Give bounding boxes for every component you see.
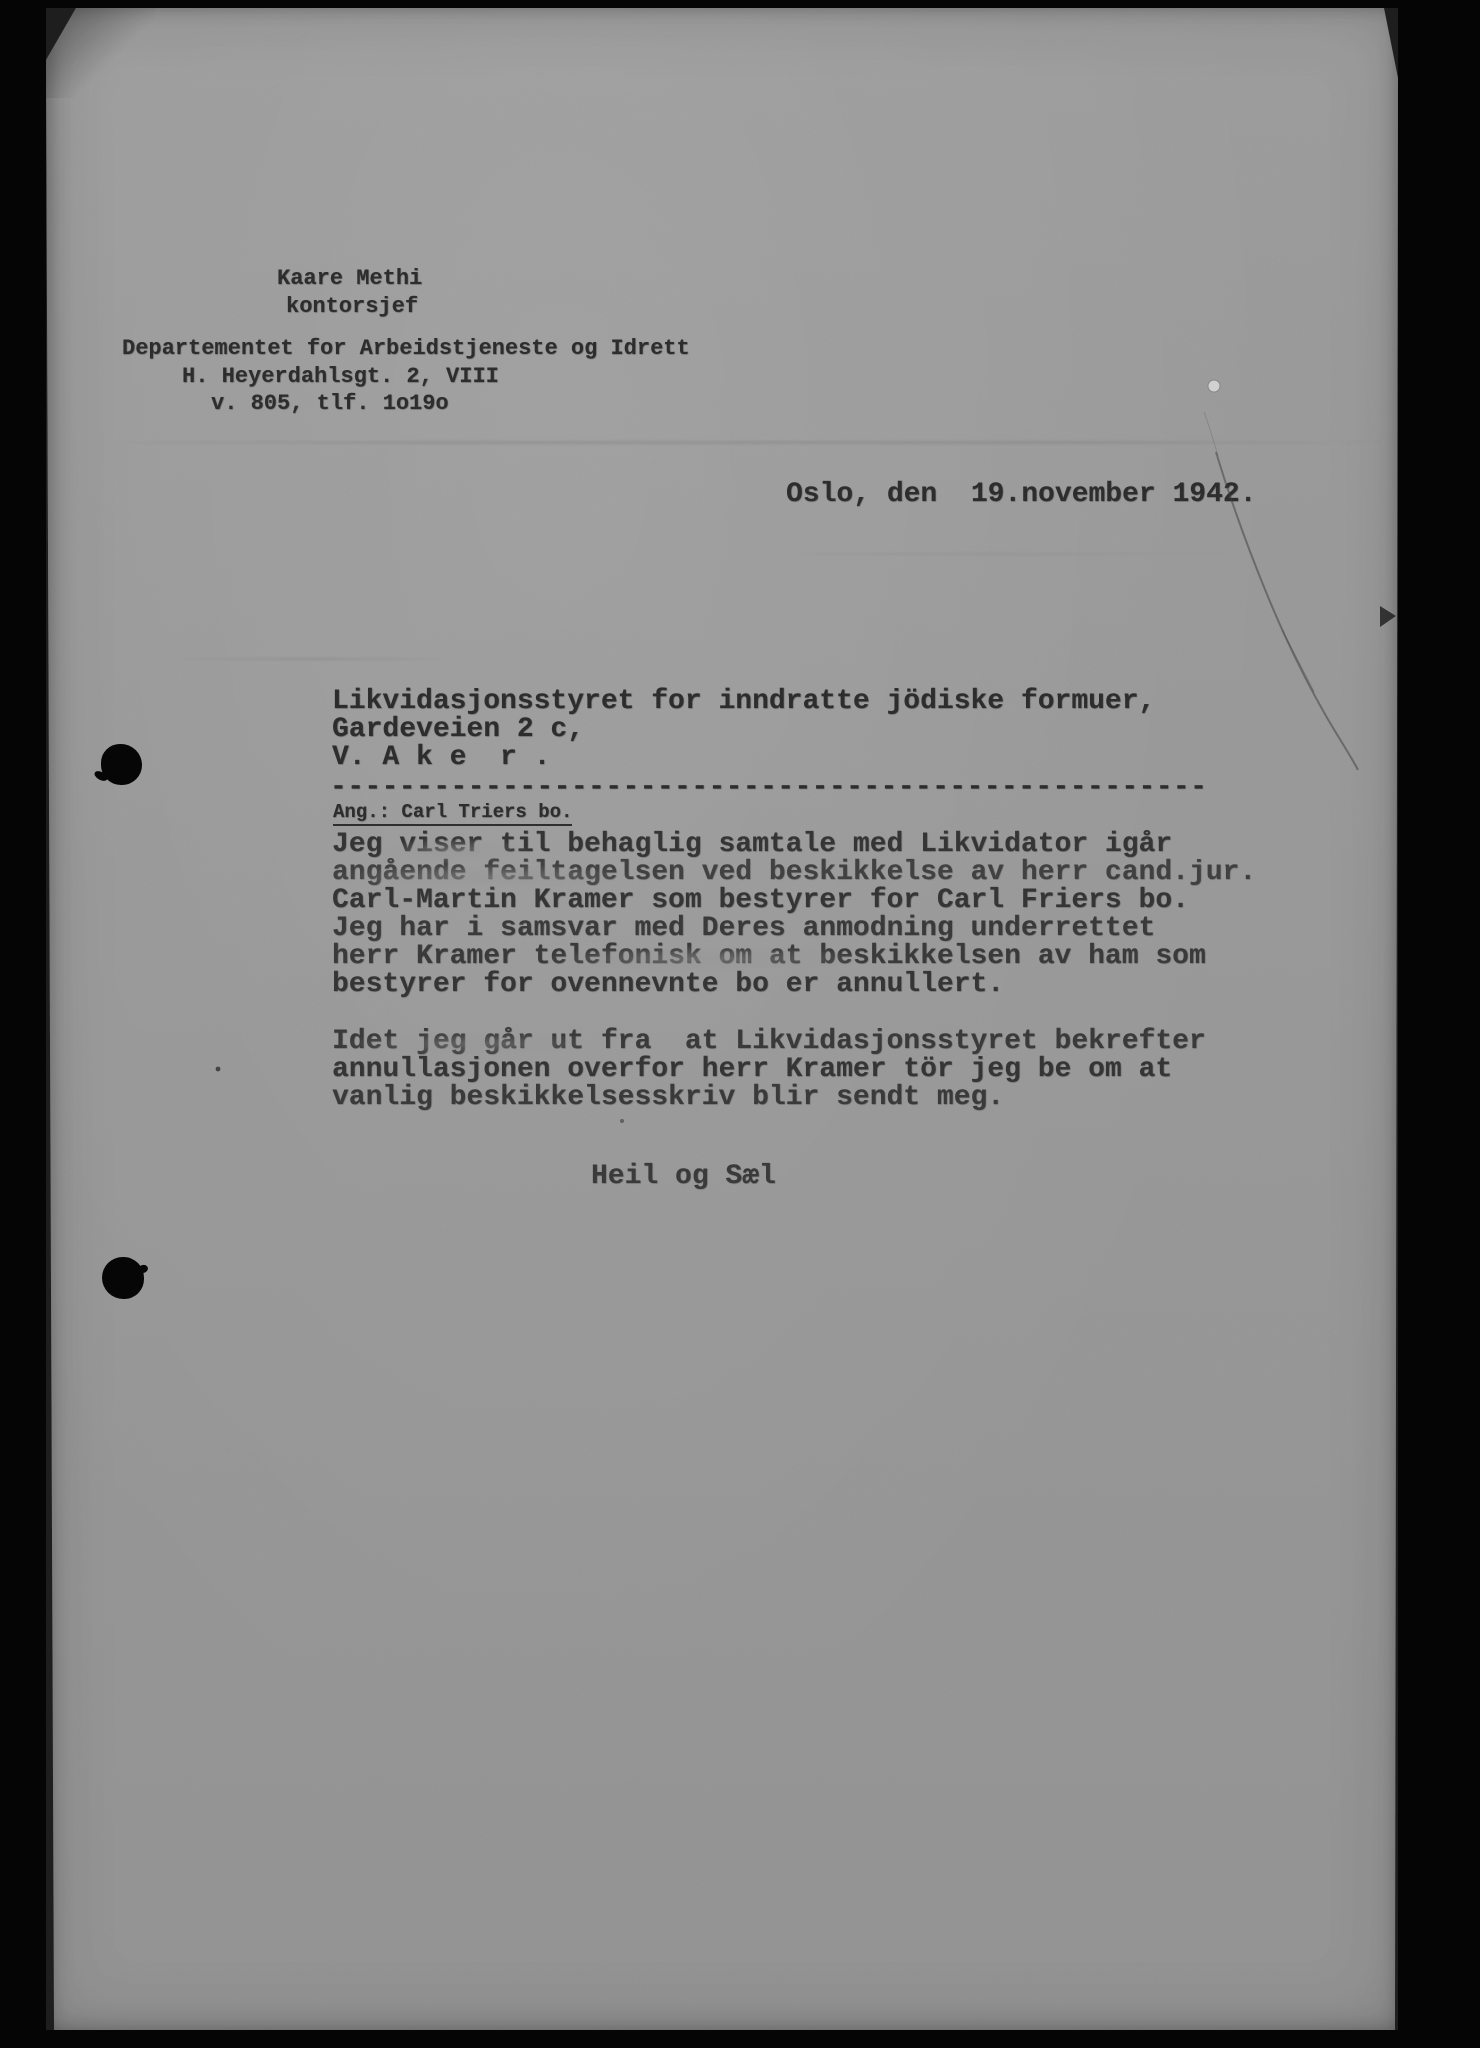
closing-salutation: Heil og Sæl bbox=[591, 1163, 776, 1191]
recipient-organization: Likvidasjonsstyret for inndratte jödiske… bbox=[332, 688, 1155, 716]
recipient-city: V. A k e r . bbox=[332, 744, 550, 772]
letter-paper bbox=[46, 8, 1398, 2030]
body-line: Jeg viser til behaglig samtale med Likvi… bbox=[332, 831, 1256, 859]
subject-line: Ang.: Carl Triers bo. bbox=[333, 803, 572, 826]
date-line: Oslo, den 19.november 1942. bbox=[786, 481, 1256, 509]
body-line: herr Kramer telefonisk om at beskikkelse… bbox=[332, 943, 1256, 971]
body-line: Carl-Martin Kramer som bestyrer for Carl… bbox=[332, 887, 1256, 915]
sender-department: Departementet for Arbeidstjeneste og Idr… bbox=[122, 338, 690, 360]
sender-address: H. Heyerdahlsgt. 2, VIII bbox=[182, 366, 499, 388]
body-paragraph-2: Idet jeg går ut fra at Likvidasjonsstyre… bbox=[332, 1028, 1206, 1112]
paper-crease-line bbox=[106, 441, 1406, 444]
body-line: Idet jeg går ut fra at Likvidasjonsstyre… bbox=[332, 1028, 1206, 1056]
hole-punch-bottom bbox=[102, 1257, 144, 1299]
paper-crease-line bbox=[166, 658, 466, 660]
subject-text: Ang.: Carl Triers bo. bbox=[333, 803, 572, 826]
body-line: Jeg har i samsvar med Deres anmodning un… bbox=[332, 915, 1256, 943]
paper-crease-line bbox=[746, 553, 1246, 555]
sender-phone: v. 805, tlf. 1o19o bbox=[211, 393, 449, 415]
scanned-letter-page: Kaare Methi kontorsjef Departementet for… bbox=[0, 0, 1480, 2048]
recipient-street: Gardeveien 2 c, bbox=[332, 716, 584, 744]
paper-corner-fold bbox=[46, 8, 156, 98]
body-line: angående feiltagelsen ved beskikkelse av… bbox=[332, 859, 1256, 887]
sender-title: kontorsjef bbox=[286, 296, 418, 318]
body-line: annullasjonen overfor herr Kramer tör je… bbox=[332, 1056, 1206, 1084]
body-paragraph-1: Jeg viser til behaglig samtale med Likvi… bbox=[332, 831, 1256, 999]
body-line: vanlig beskikkelsesskriv blir sendt meg. bbox=[332, 1084, 1206, 1112]
sender-name: Kaare Methi bbox=[277, 268, 422, 290]
hole-punch-top bbox=[101, 744, 142, 785]
body-line: bestyrer for ovennevnte bo er annullert. bbox=[332, 971, 1256, 999]
typed-separator-line: ----------------------------------------… bbox=[330, 774, 1207, 802]
